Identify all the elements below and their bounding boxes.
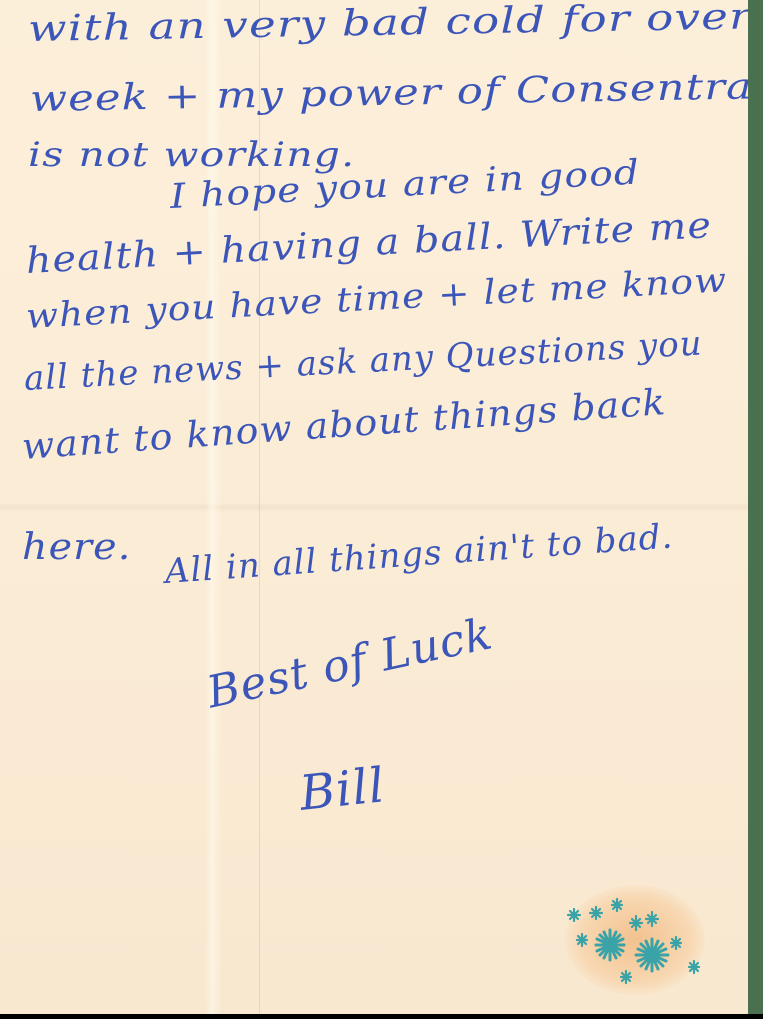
closing-text: Best of Luck [203, 612, 496, 715]
letter-line-2: week + my power of Consentration [30, 68, 748, 118]
snowflake-cluster-icon [560, 895, 710, 995]
signature: Bill [297, 761, 387, 818]
letter-line-8: want to know about things back [21, 385, 668, 466]
letter-line-9: here. [22, 530, 131, 566]
letter-page: with an very bad cold for over a week + … [0, 0, 748, 1014]
letter-line-3: is not working. [28, 138, 355, 172]
bottom-border [0, 1014, 763, 1019]
letter-line-1: with an very bad cold for over a [28, 0, 748, 48]
right-edge-strip [748, 0, 763, 1014]
letter-line-10: All in all things ain't to bad. [164, 520, 674, 589]
